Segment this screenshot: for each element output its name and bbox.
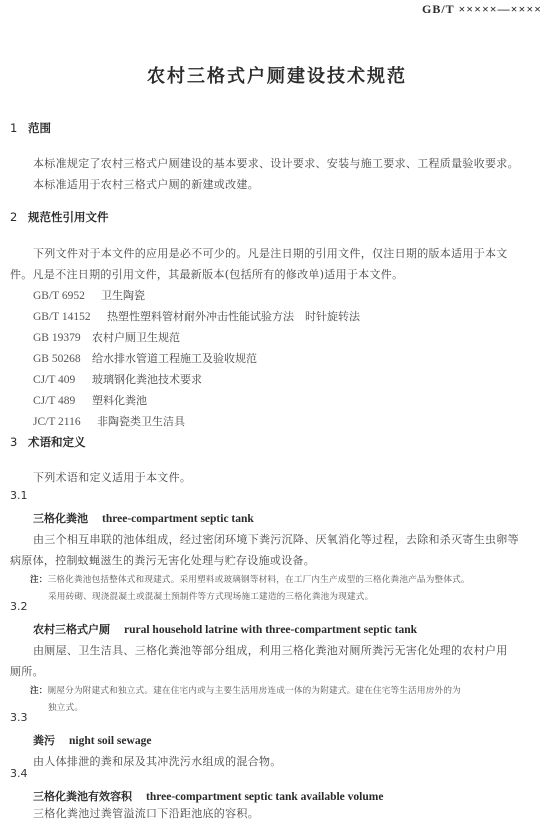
note-line-2: 独立式。 bbox=[48, 701, 83, 713]
reference-code: CJ/T 409 bbox=[33, 374, 92, 386]
section-number: 2 bbox=[10, 210, 28, 224]
clause-number: 3.2 bbox=[10, 600, 28, 613]
definition-line-1: 由三个相互串联的池体组成，经过密闭环境下粪污沉降、厌氧消化等过程，去除和杀灭寄生… bbox=[33, 531, 519, 547]
reference-title: 热塑性塑料管材耐外冲击性能试验方法 时针旋转法 bbox=[107, 310, 360, 323]
definition-line-2: 病原体，控制蚊蝇滋生的粪污无害化处理与贮存设施或设备。 bbox=[10, 552, 315, 568]
reference-item: GB 19379农村户厕卫生规范 bbox=[33, 329, 180, 345]
scope-paragraph-2: 本标准适用于农村三格式户厕的新建或改建。 bbox=[33, 176, 259, 192]
definition-line-2: 厕所。 bbox=[10, 663, 44, 679]
section-heading-terms: 3术语和定义 bbox=[10, 434, 86, 450]
terms-intro: 下列术语和定义适用于本文件。 bbox=[33, 469, 191, 485]
reference-title: 农村户厕卫生规范 bbox=[92, 331, 180, 344]
term-cn: 粪污 bbox=[33, 734, 55, 747]
section-heading-scope: 1范围 bbox=[10, 120, 51, 136]
document-title: 农村三格式户厕建设技术规范 bbox=[0, 62, 554, 88]
note-line-1: 注：三格化粪池包括整体式和现建式。采用塑料或玻璃钢等材料，在工厂内生产成型的三格… bbox=[30, 573, 470, 585]
note-line-1: 注：厕屋分为附建式和独立式。建在住宅内或与主要生活用房连成一体的为附建式。建在住… bbox=[30, 684, 461, 696]
reference-code: JC/T 2116 bbox=[33, 416, 97, 428]
reference-title: 塑料化粪池 bbox=[92, 394, 147, 407]
references-intro-line-2: 件。凡是不注日期的引用文件，其最新版本(包括所有的修改单)适用于本文件。 bbox=[10, 266, 403, 282]
note-text: 三格化粪池包括整体式和现建式。采用塑料或玻璃钢等材料，在工厂内生产成型的三格化粪… bbox=[48, 575, 470, 585]
reference-code: GB 50268 bbox=[33, 353, 92, 365]
note-text: 厕屋分为附建式和独立式。建在住宅内或与主要生活用房连成一体的为附建式。建在住宅等… bbox=[48, 686, 461, 696]
term-cn: 农村三格式户厕 bbox=[33, 623, 110, 636]
references-intro-line-1: 下列文件对于本文件的应用是必不可少的。凡是注日期的引用文件，仅注日期的版本适用于… bbox=[33, 245, 508, 261]
definition-line-1: 由人体排泄的粪和尿及其冲洗污水组成的混合物。 bbox=[33, 753, 282, 769]
reference-title: 卫生陶瓷 bbox=[101, 289, 145, 302]
reference-item: GB/T 14152热塑性塑料管材耐外冲击性能试验方法 时针旋转法 bbox=[33, 308, 360, 324]
reference-item: GB 50268给水排水管道工程施工及验收规范 bbox=[33, 350, 257, 366]
clause-number: 3.1 bbox=[10, 489, 28, 502]
clause-number: 3.3 bbox=[10, 711, 28, 724]
reference-item: GB/T 6952卫生陶瓷 bbox=[33, 287, 145, 303]
term-en: three-compartment septic tank available … bbox=[146, 791, 383, 803]
term-en: three-compartment septic tank bbox=[102, 513, 254, 525]
term-heading: 三格化粪池three-compartment septic tank bbox=[33, 510, 254, 526]
section-title: 范围 bbox=[28, 121, 51, 135]
note-label: 注： bbox=[30, 575, 48, 585]
reference-title: 玻璃钢化粪池技术要求 bbox=[92, 373, 202, 386]
term-heading: 三格化粪池有效容积three-compartment septic tank a… bbox=[33, 788, 383, 804]
reference-code: GB/T 6952 bbox=[33, 290, 101, 302]
section-title: 术语和定义 bbox=[28, 435, 86, 449]
reference-title: 给水排水管道工程施工及验收规范 bbox=[92, 352, 257, 365]
term-heading: 农村三格式户厕rural household latrine with thre… bbox=[33, 621, 417, 637]
section-number: 1 bbox=[10, 121, 28, 135]
term-heading: 粪污night soil sewage bbox=[33, 732, 151, 748]
note-label: 注： bbox=[30, 686, 48, 696]
definition-line-1: 由厕屋、卫生洁具、三格化粪池等部分组成，利用三格化粪池对厕所粪污无害化处理的农村… bbox=[33, 642, 508, 658]
reference-item: CJ/T 409玻璃钢化粪池技术要求 bbox=[33, 371, 202, 387]
reference-item: CJ/T 489塑料化粪池 bbox=[33, 392, 147, 408]
note-line-2: 采用砖砌、现浇混凝土或混凝土预制件等方式现场施工建造的三格化粪池为现建式。 bbox=[48, 590, 373, 602]
reference-code: GB/T 14152 bbox=[33, 311, 107, 323]
term-en: night soil sewage bbox=[69, 735, 151, 747]
section-title: 规范性引用文件 bbox=[28, 210, 109, 224]
section-number: 3 bbox=[10, 435, 28, 449]
term-en: rural household latrine with three-compa… bbox=[124, 624, 417, 636]
reference-title: 非陶瓷类卫生洁具 bbox=[97, 415, 185, 428]
standard-number: GB/T ×××××—×××× bbox=[422, 2, 542, 17]
definition-line-1: 三格化粪池过粪管溢流口下沿距池底的容积。 bbox=[33, 805, 259, 819]
term-cn: 三格化粪池有效容积 bbox=[33, 790, 132, 803]
section-heading-normative-references: 2规范性引用文件 bbox=[10, 209, 109, 225]
clause-number: 3.4 bbox=[10, 767, 28, 780]
reference-code: CJ/T 489 bbox=[33, 395, 92, 407]
term-cn: 三格化粪池 bbox=[33, 512, 88, 525]
reference-item: JC/T 2116非陶瓷类卫生洁具 bbox=[33, 413, 185, 429]
scope-paragraph-1: 本标准规定了农村三格式户厕建设的基本要求、设计要求、安装与施工要求、工程质量验收… bbox=[33, 155, 519, 171]
reference-code: GB 19379 bbox=[33, 332, 92, 344]
